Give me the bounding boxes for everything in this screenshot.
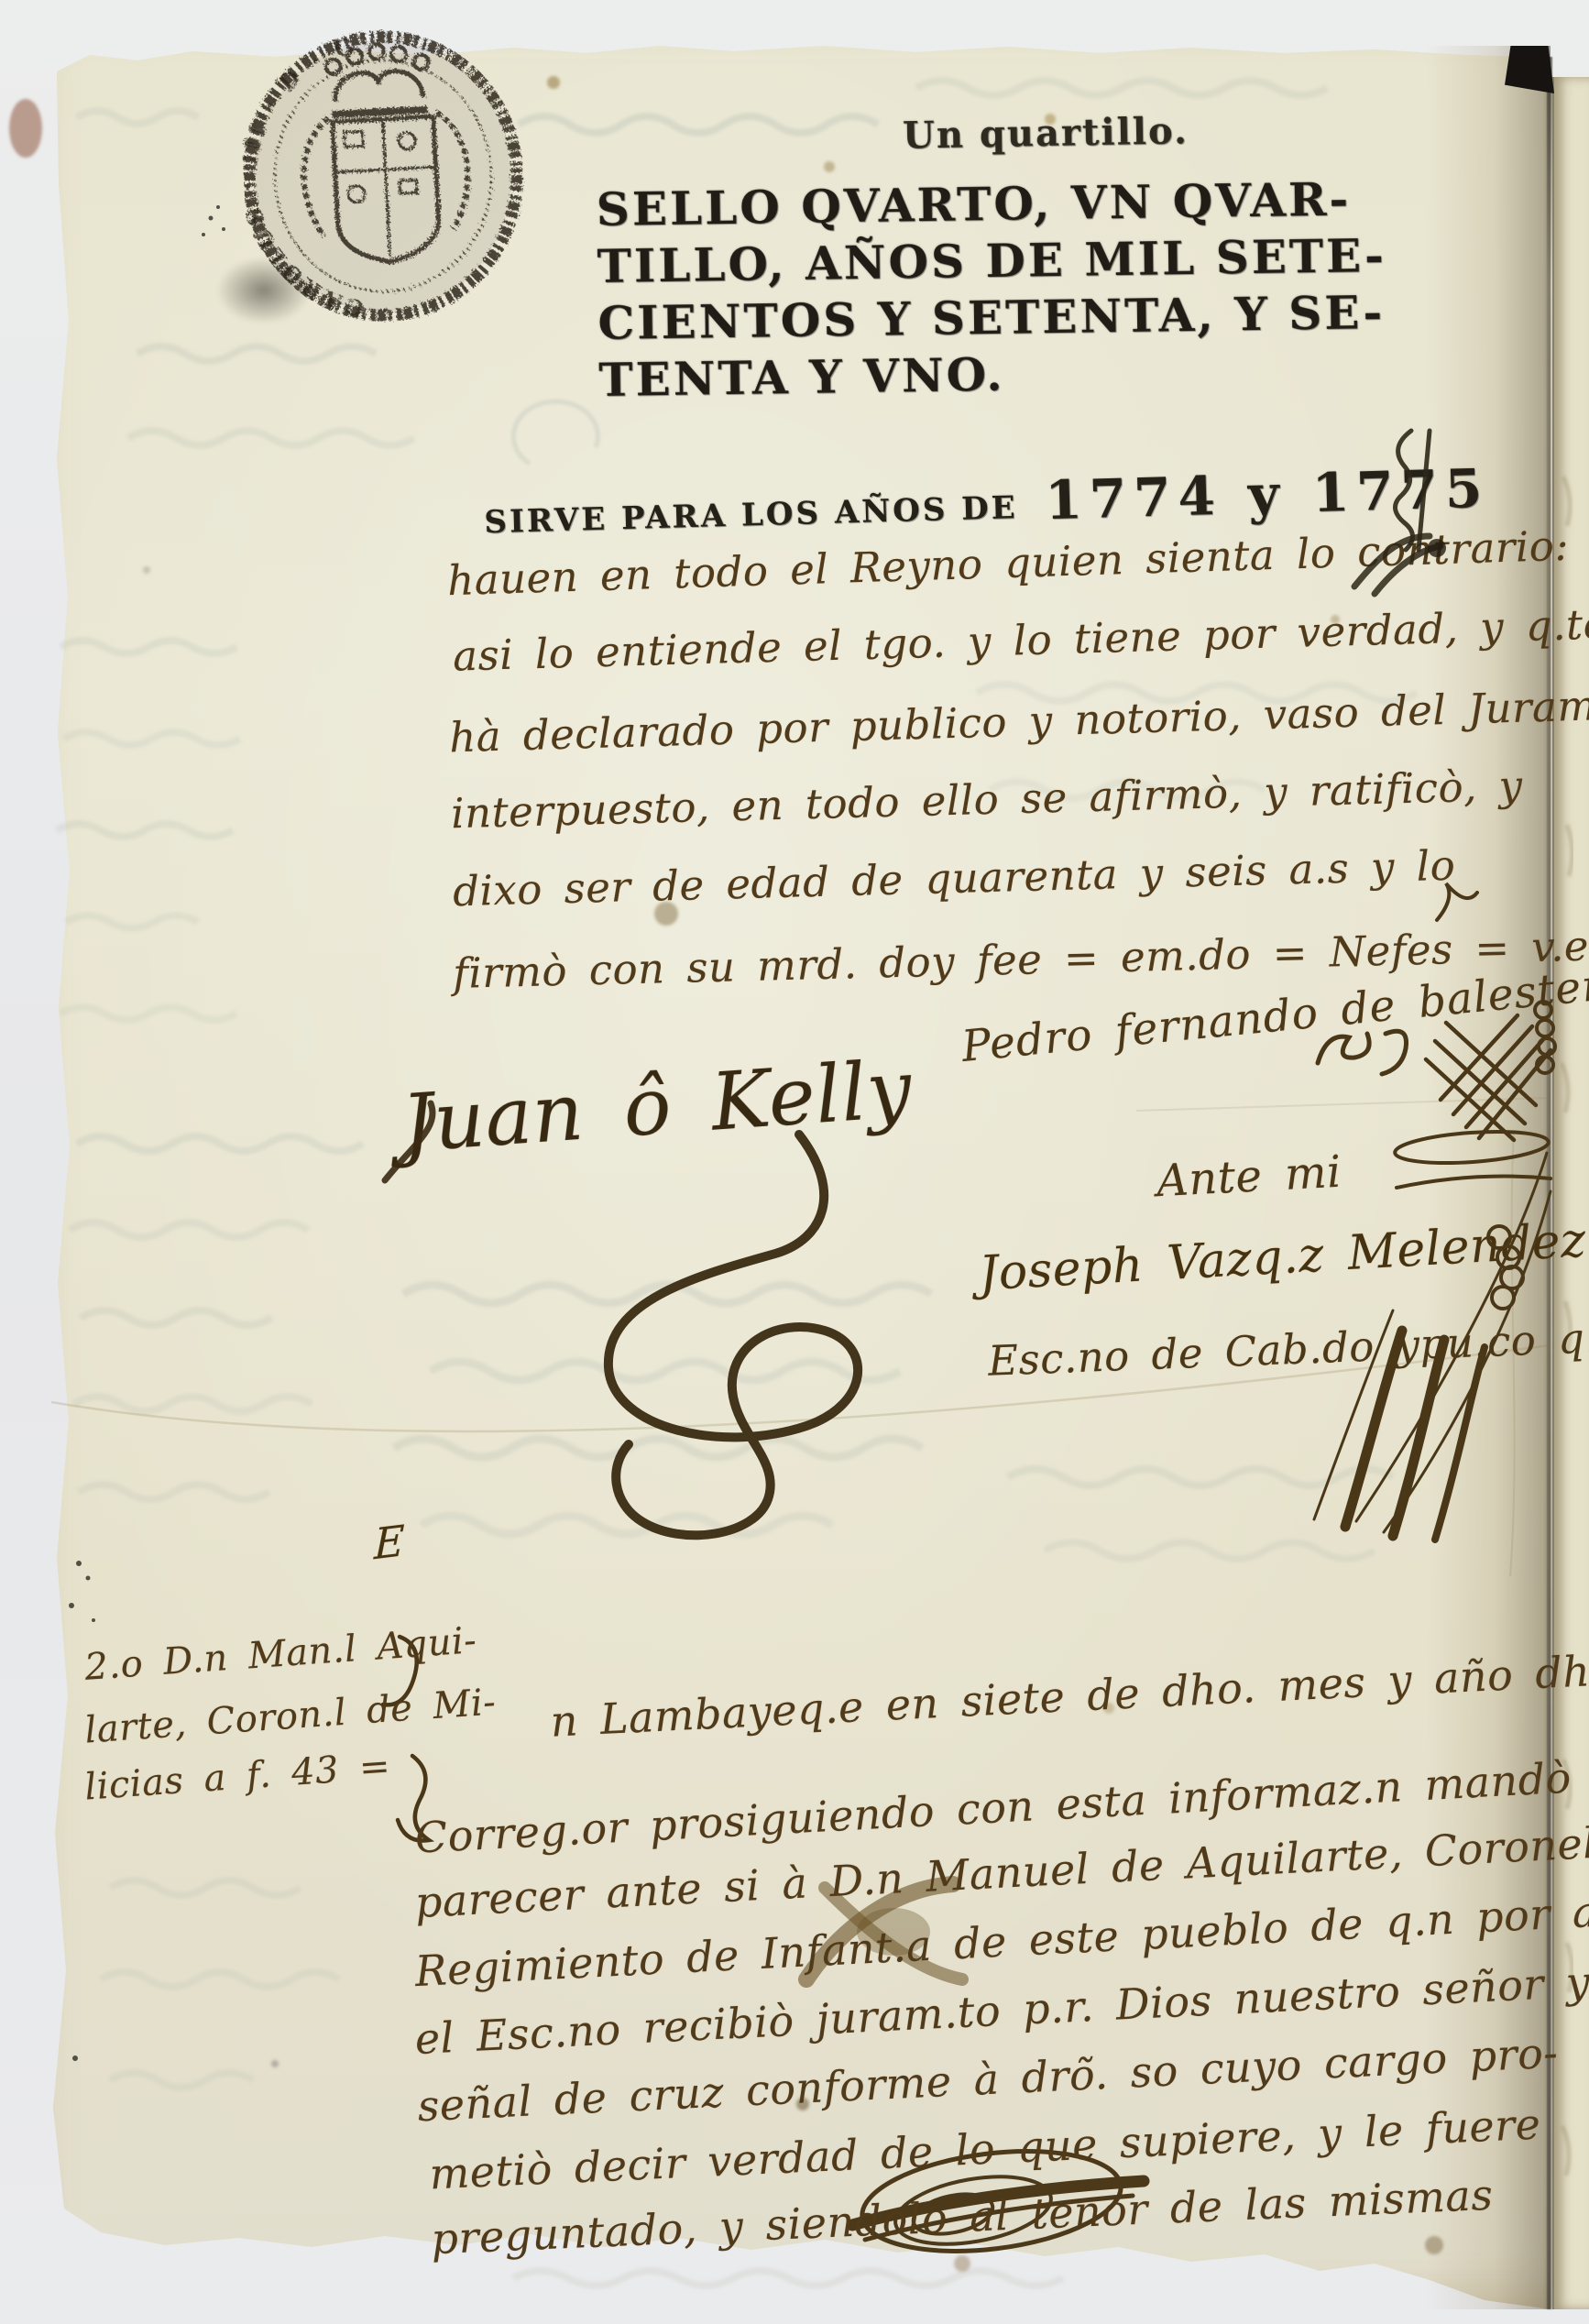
fee-label: Un quartillo. — [903, 109, 1189, 157]
manuscript-scan: · CAROLUS · III · D · G · Un quartillo. … — [0, 0, 1589, 2324]
seal-heading-line: TENTA Y VNO. — [598, 341, 1388, 409]
calligraphic-initial: E — [374, 1519, 405, 1566]
ante-mi-label: Ante mi — [1156, 1146, 1343, 1207]
validity-years: 1774 y 1775 — [1044, 457, 1490, 532]
seal-heading-line: CIENTOS Y SETENTA, Y SE- — [597, 284, 1387, 352]
seal-heading: SELLO QVARTO, VN QVAR- TILLO, AÑOS DE MI… — [596, 170, 1388, 409]
ink-smudge — [216, 257, 312, 324]
